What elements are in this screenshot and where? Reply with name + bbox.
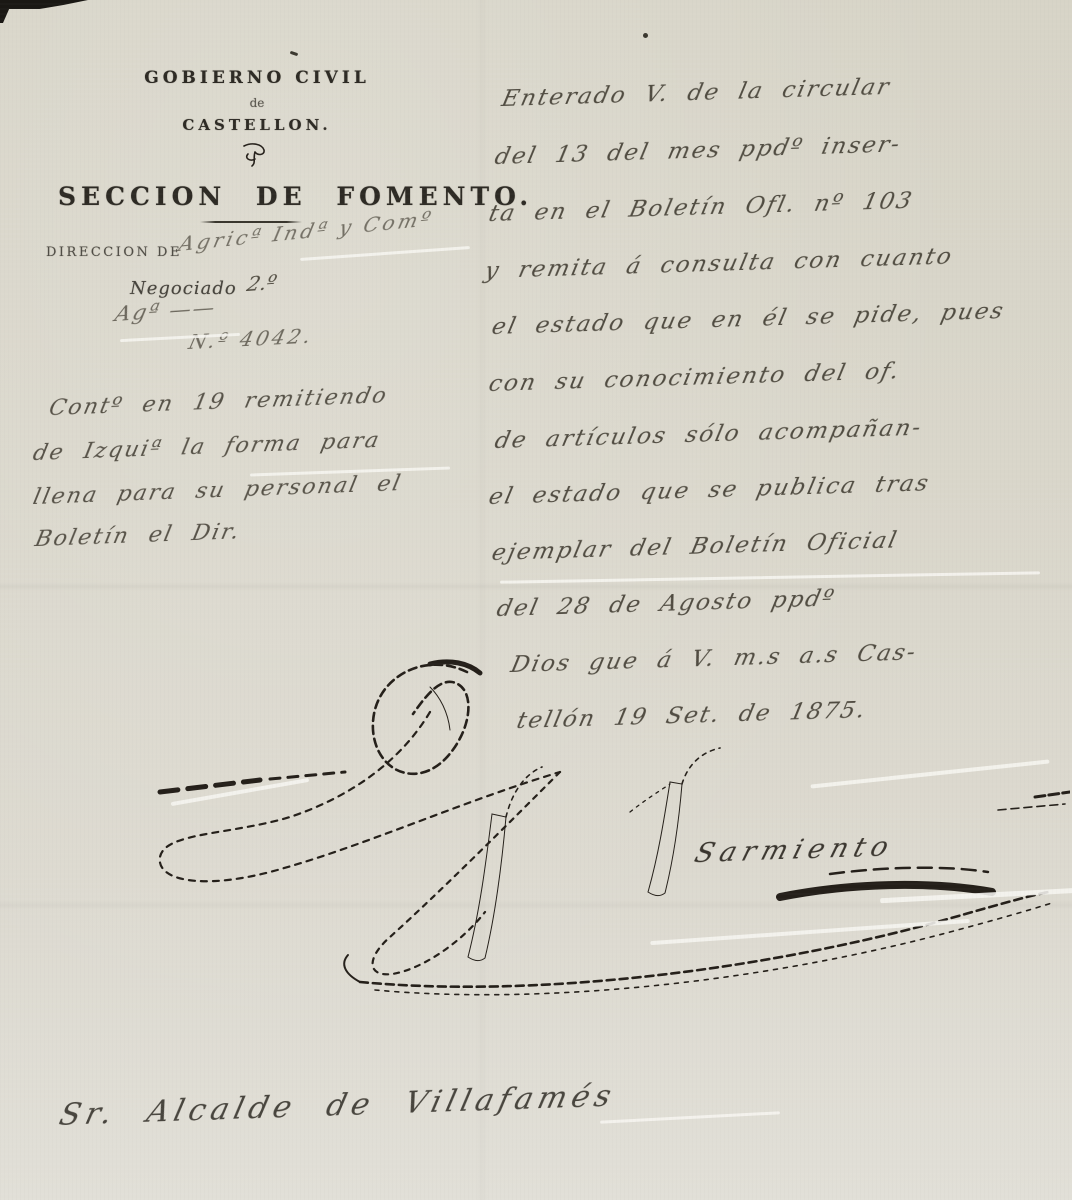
letterhead-province: CASTELLON. [122, 116, 392, 134]
numero-handwritten: N.º 4042. [186, 324, 316, 354]
body-line: del 28 de Agosto ppdº [494, 585, 838, 622]
scan-streak [300, 246, 470, 261]
addressee-line: Sr. Alcalde de Villafamés [56, 1079, 620, 1133]
negociado-value-handwritten: 2.º [245, 270, 279, 296]
body-line: Enterado V. de la circular [499, 74, 893, 112]
fold-shadow [0, 582, 1072, 591]
ink-speck [290, 51, 299, 56]
body-line: y remita á consulta con cuanto [482, 243, 955, 284]
body-line: el estado que se publica tras [486, 470, 932, 510]
body-line: el estado que en él se pide, pues [489, 298, 1007, 340]
margin-note-line: Contº en 19 remitiendo [47, 383, 391, 421]
negociado-label: Negociado [130, 278, 237, 299]
direccion-label: DIRECCION DE [46, 245, 182, 260]
margin-note-line: de Izquiª la forma para [31, 428, 383, 466]
margin-note-line: Boletín el Dir. [33, 519, 243, 552]
scan-streak [600, 1111, 780, 1123]
printer-fleuron-icon [238, 140, 272, 168]
scan-corner-mark [0, 0, 88, 9]
body-line: del 13 del mes ppdº inser- [492, 131, 903, 170]
body-line: con su conocimiento del of. [486, 358, 903, 397]
margin-note-line: llena para su personal el [31, 471, 405, 510]
fold-shadow [476, 0, 488, 1200]
letterhead-de: de [122, 96, 392, 110]
body-line: ejemplar del Boletín Oficial [489, 527, 900, 566]
letterhead-section-title: SECCION DE FOMENTO. [58, 182, 444, 211]
signature-flourish [130, 652, 1070, 1000]
body-line: ta en el Boletín Ofl. nº 103 [486, 188, 916, 227]
letterhead-government: GOBIERNO CIVIL [122, 68, 392, 88]
scan-corner-mark-nub [0, 7, 10, 23]
body-line: de artículos sólo acompañan- [492, 415, 925, 454]
reference-scrawl-handwritten: Agª —— [113, 295, 219, 326]
direccion-value-handwritten: Agricª Indª y Comº [177, 206, 436, 256]
ink-speck [643, 33, 648, 38]
scanned-letter-page: GOBIERNO CIVIL de CASTELLON. SECCION DE … [0, 0, 1072, 1200]
scan-streak [500, 571, 1040, 583]
